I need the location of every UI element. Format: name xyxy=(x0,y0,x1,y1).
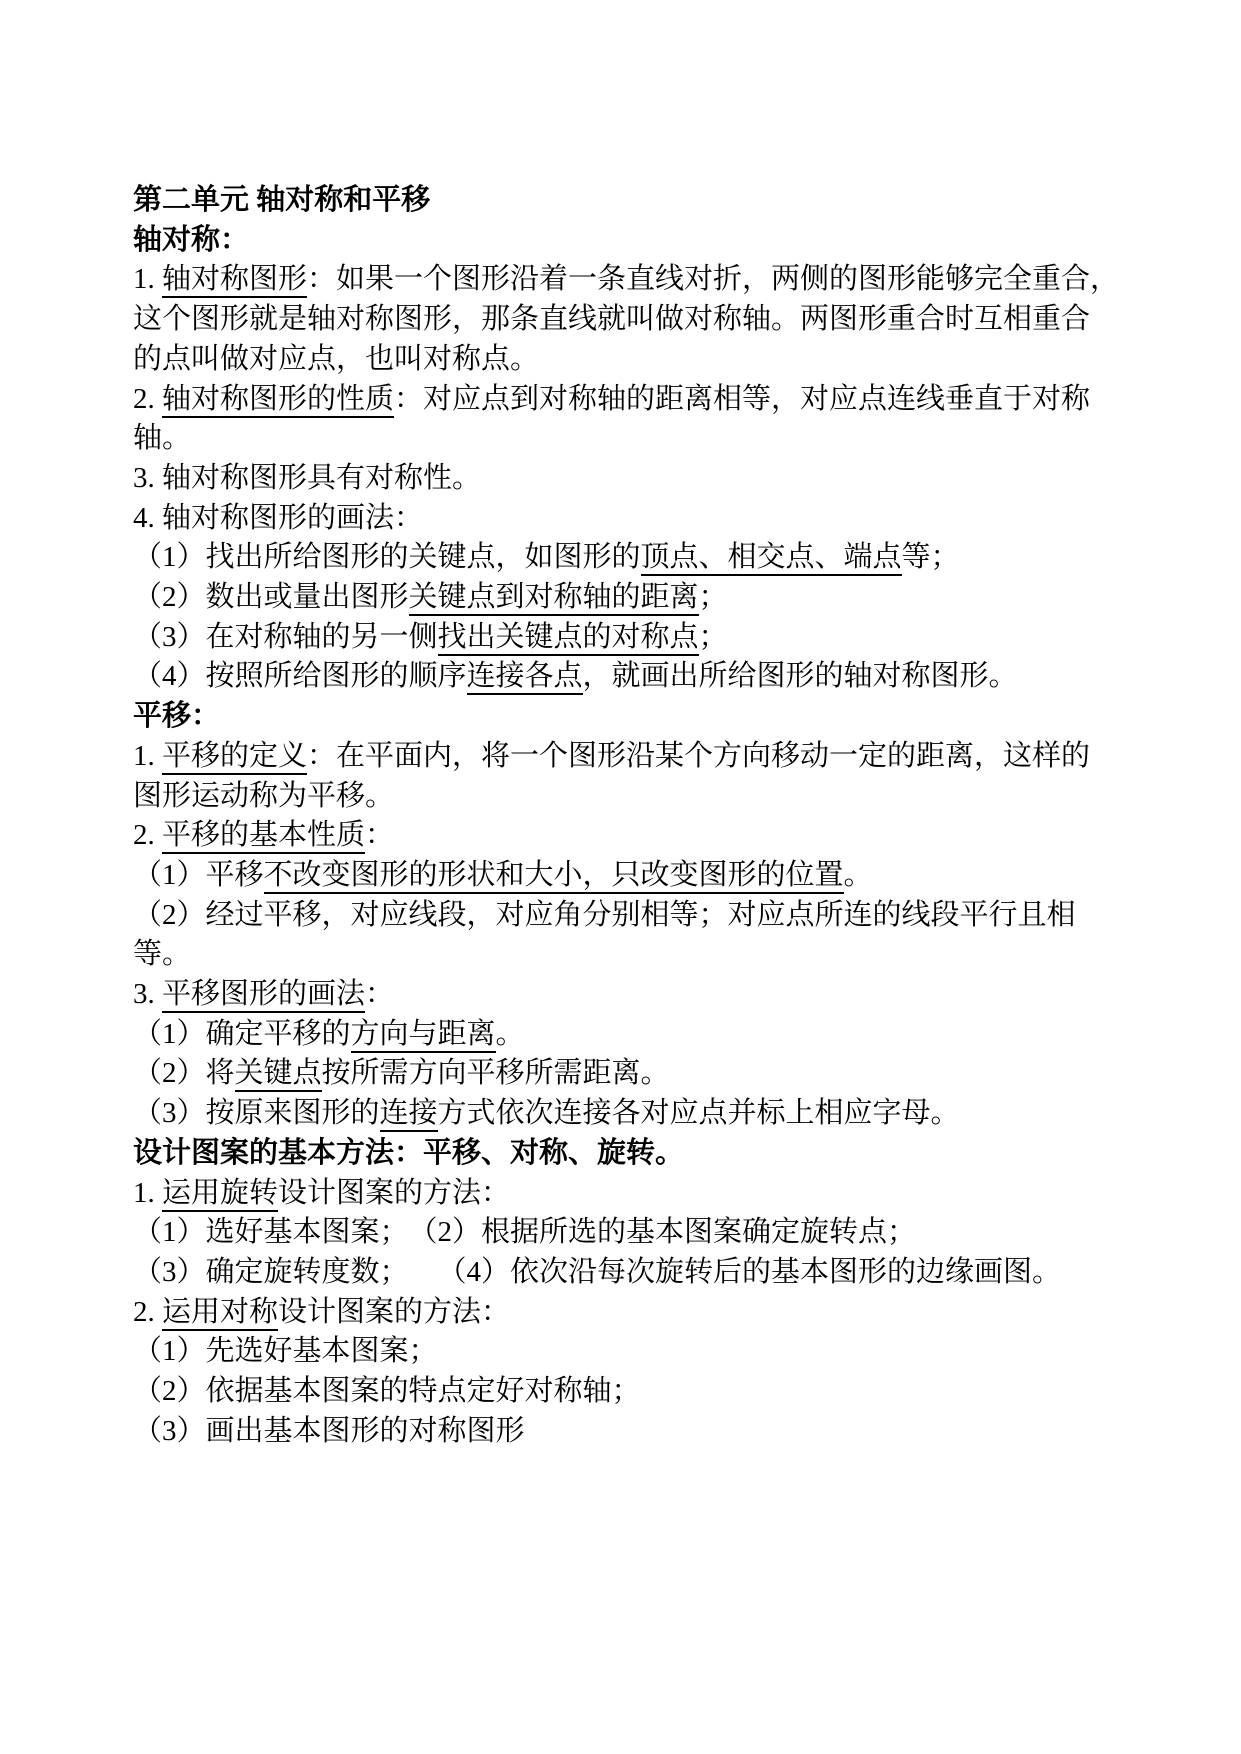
text-segment: 这个图形就是轴对称图形，那条直线就叫做对称轴。两图形重合时互相重合 xyxy=(133,303,1090,335)
text-line: （3）确定旋转度数； （4）依次沿每次旋转后的基本图形的边缘画图。 xyxy=(133,1253,1128,1293)
text-segment: （1）先选好基本图案； xyxy=(133,1335,438,1367)
underlined-text: 平移的定义 xyxy=(162,740,307,775)
text-segment: 第二单元 轴对称和平移 xyxy=(133,184,430,216)
text-segment: 设计图案的基本方法：平移、对称、旋转。 xyxy=(133,1137,684,1169)
text-segment: 按所需方向平移所需距离。 xyxy=(322,1057,670,1089)
text-line: 3. 轴对称图形具有对称性。 xyxy=(133,459,1128,499)
text-line: （1）确定平移的方向与距离。 xyxy=(133,1015,1128,1055)
text-segment: （1）确定平移的 xyxy=(133,1018,351,1050)
text-line: （1）先选好基本图案； xyxy=(133,1332,1128,1372)
underlined-text: 平移的基本性质 xyxy=(162,819,365,854)
text-line: （4）按照所给图形的顺序连接各点，就画出所给图形的轴对称图形。 xyxy=(133,657,1128,697)
text-segment: 的点叫做对应点，也叫对称点。 xyxy=(133,343,539,375)
text-segment: ； xyxy=(699,581,728,613)
text-segment: ：如果一个图形沿着一条直线对折，两侧的图形能够完全重合， xyxy=(307,263,1119,295)
text-segment: ； xyxy=(699,621,728,653)
underlined-text: 轴对称图形 xyxy=(162,263,307,298)
text-line: 图形运动称为平移。 xyxy=(133,777,1128,817)
text-segment: 设计图案的方法： xyxy=(278,1177,510,1209)
text-line: 2. 轴对称图形的性质：对应点到对称轴的距离相等，对应点连线垂直于对称 xyxy=(133,380,1128,420)
underlined-text: 连接各点 xyxy=(467,660,583,695)
text-segment: 轴。 xyxy=(133,422,191,454)
text-segment: 方式依次连接各对应点并标上相应字母。 xyxy=(438,1097,960,1129)
text-segment: （2）数出或量出图形 xyxy=(133,581,409,613)
underlined-text: 方向与距离 xyxy=(351,1018,496,1053)
document-content: 第二单元 轴对称和平移轴对称：1. 轴对称图形：如果一个图形沿着一条直线对折，两… xyxy=(133,181,1128,1452)
text-line: 的点叫做对应点，也叫对称点。 xyxy=(133,340,1128,380)
text-line: 1. 平移的定义：在平面内，将一个图形沿某个方向移动一定的距离，这样的 xyxy=(133,737,1128,777)
text-line: （1）平移不改变图形的形状和大小，只改变图形的位置。 xyxy=(133,856,1128,896)
text-segment: 2. xyxy=(133,1296,162,1328)
text-segment: 1. xyxy=(133,740,162,772)
text-line: （2）数出或量出图形关键点到对称轴的距离； xyxy=(133,578,1128,618)
underlined-text: 关键点到对称轴的距离 xyxy=(409,581,699,616)
text-segment: 设计图案的方法： xyxy=(278,1296,510,1328)
text-segment: 1. xyxy=(133,1177,162,1209)
text-line: （2）依据基本图案的特点定好对称轴； xyxy=(133,1372,1128,1412)
text-segment: （3）画出基本图形的对称图形 xyxy=(133,1415,525,1447)
text-segment: ：对应点到对称轴的距离相等，对应点连线垂直于对称 xyxy=(394,383,1090,415)
underlined-text: 不改变图形的形状和大小，只改变图形的位置 xyxy=(264,859,844,894)
text-segment: 2. xyxy=(133,819,162,851)
text-line: 4. 轴对称图形的画法： xyxy=(133,499,1128,539)
text-segment: ，就画出所给图形的轴对称图形。 xyxy=(583,660,1018,692)
text-segment: （1）找出所给图形的关键点，如图形的 xyxy=(133,541,641,573)
text-segment: （2）将 xyxy=(133,1057,235,1089)
text-segment: （3）确定旋转度数； （4）依次沿每次旋转后的基本图形的边缘画图。 xyxy=(133,1256,1061,1288)
text-segment: 。 xyxy=(496,1018,525,1050)
text-line: 轴。 xyxy=(133,419,1128,459)
text-line: （2）将关键点按所需方向平移所需距离。 xyxy=(133,1054,1128,1094)
text-segment: 图形运动称为平移。 xyxy=(133,780,394,812)
underlined-text: 找出关键点的对称点 xyxy=(438,621,699,656)
text-line: 1. 轴对称图形：如果一个图形沿着一条直线对折，两侧的图形能够完全重合， xyxy=(133,260,1128,300)
text-segment: ： xyxy=(365,819,394,851)
text-segment: ： xyxy=(365,978,394,1010)
text-segment: 等； xyxy=(902,541,960,573)
text-segment: 。 xyxy=(844,859,873,891)
text-segment: （2）依据基本图案的特点定好对称轴； xyxy=(133,1375,641,1407)
underlined-text: 平移图形的画法 xyxy=(162,978,365,1013)
document-page: 第二单元 轴对称和平移轴对称：1. 轴对称图形：如果一个图形沿着一条直线对折，两… xyxy=(0,0,1241,1754)
underlined-text: 顶点、相交点、端点 xyxy=(641,541,902,576)
text-segment: 2. xyxy=(133,383,162,415)
underlined-text: 运用旋转 xyxy=(162,1177,278,1212)
text-segment: 等。 xyxy=(133,938,191,970)
text-segment: （2）经过平移，对应线段，对应角分别相等；对应点所连的线段平行且相 xyxy=(133,899,1076,931)
text-line: 2. 运用对称设计图案的方法： xyxy=(133,1293,1128,1333)
text-segment: ：在平面内，将一个图形沿某个方向移动一定的距离，这样的 xyxy=(307,740,1090,772)
text-segment: （3）在对称轴的另一侧 xyxy=(133,621,438,653)
text-segment: 4. 轴对称图形的画法： xyxy=(133,502,423,534)
text-line: （1）选好基本图案； （2）根据所选的基本图案确定旋转点； xyxy=(133,1213,1128,1253)
underlined-text: 连接 xyxy=(380,1097,438,1132)
text-segment: （4）按照所给图形的顺序 xyxy=(133,660,467,692)
underlined-text: 关键点 xyxy=(235,1057,322,1092)
section-heading: 设计图案的基本方法：平移、对称、旋转。 xyxy=(133,1134,1128,1174)
text-segment: 3. xyxy=(133,978,162,1010)
underlined-text: 运用对称 xyxy=(162,1296,278,1331)
section-heading: 平移： xyxy=(133,697,1128,737)
text-segment: 轴对称： xyxy=(133,224,249,256)
text-line: （3）按原来图形的连接方式依次连接各对应点并标上相应字母。 xyxy=(133,1094,1128,1134)
text-segment: 1. xyxy=(133,263,162,295)
text-segment: 3. 轴对称图形具有对称性。 xyxy=(133,462,481,494)
text-segment: 平移： xyxy=(133,700,220,732)
underlined-text: 轴对称图形的性质 xyxy=(162,383,394,418)
text-line: （3）在对称轴的另一侧找出关键点的对称点； xyxy=(133,618,1128,658)
section-heading: 轴对称： xyxy=(133,221,1128,261)
text-line: 这个图形就是轴对称图形，那条直线就叫做对称轴。两图形重合时互相重合 xyxy=(133,300,1128,340)
text-line: 等。 xyxy=(133,935,1128,975)
unit-title: 第二单元 轴对称和平移 xyxy=(133,181,1128,221)
text-line: 2. 平移的基本性质： xyxy=(133,816,1128,856)
text-line: （1）找出所给图形的关键点，如图形的顶点、相交点、端点等； xyxy=(133,538,1128,578)
text-line: （3）画出基本图形的对称图形 xyxy=(133,1412,1128,1452)
text-segment: （3）按原来图形的 xyxy=(133,1097,380,1129)
text-segment: （1）平移 xyxy=(133,859,264,891)
text-line: 1. 运用旋转设计图案的方法： xyxy=(133,1174,1128,1214)
text-line: （2）经过平移，对应线段，对应角分别相等；对应点所连的线段平行且相 xyxy=(133,896,1128,936)
text-segment: （1）选好基本图案； （2）根据所选的基本图案确定旋转点； xyxy=(133,1216,916,1248)
text-line: 3. 平移图形的画法： xyxy=(133,975,1128,1015)
